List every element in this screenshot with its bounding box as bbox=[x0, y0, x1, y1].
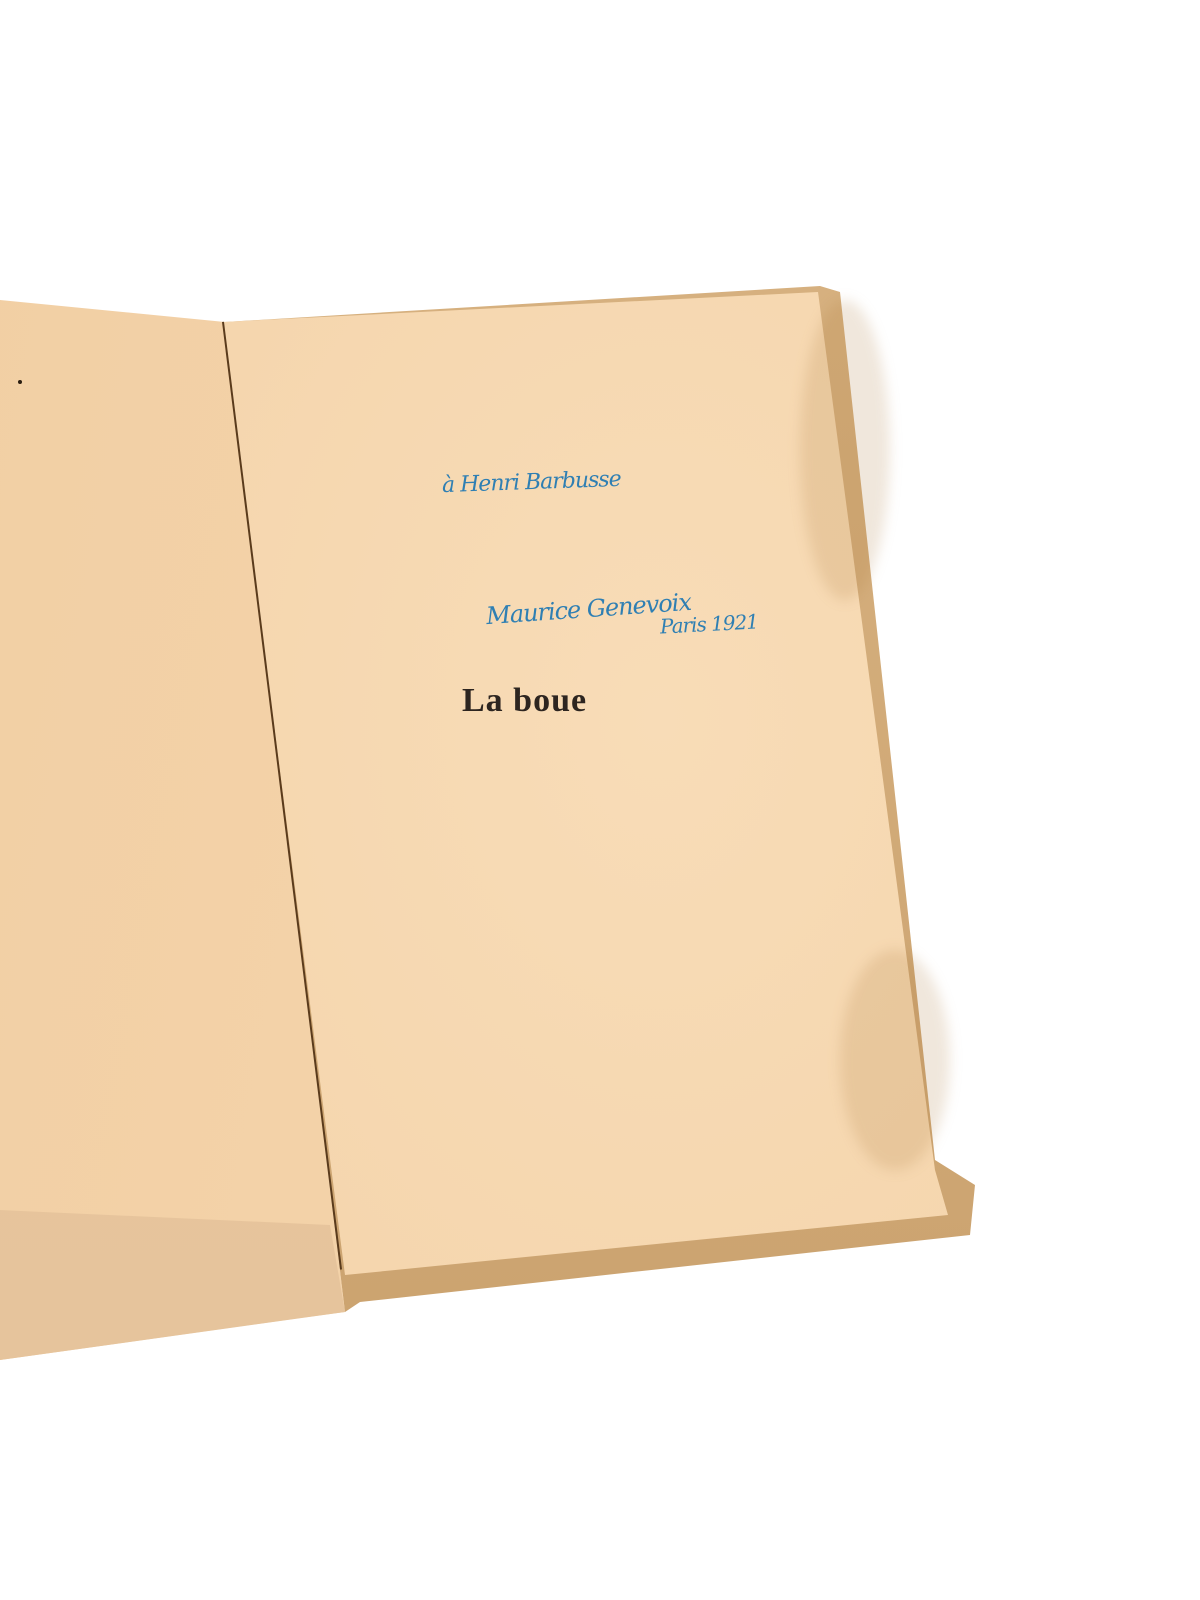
foxing-stain bbox=[800, 300, 890, 600]
inscription-place-date: Paris 1921 bbox=[659, 609, 758, 638]
ink-dot bbox=[18, 380, 22, 384]
book-title: La boue bbox=[462, 682, 587, 720]
foxing-stain bbox=[840, 950, 950, 1170]
book-photo: à Henri Barbusse Maurice Genevoix Paris … bbox=[0, 0, 1200, 1600]
